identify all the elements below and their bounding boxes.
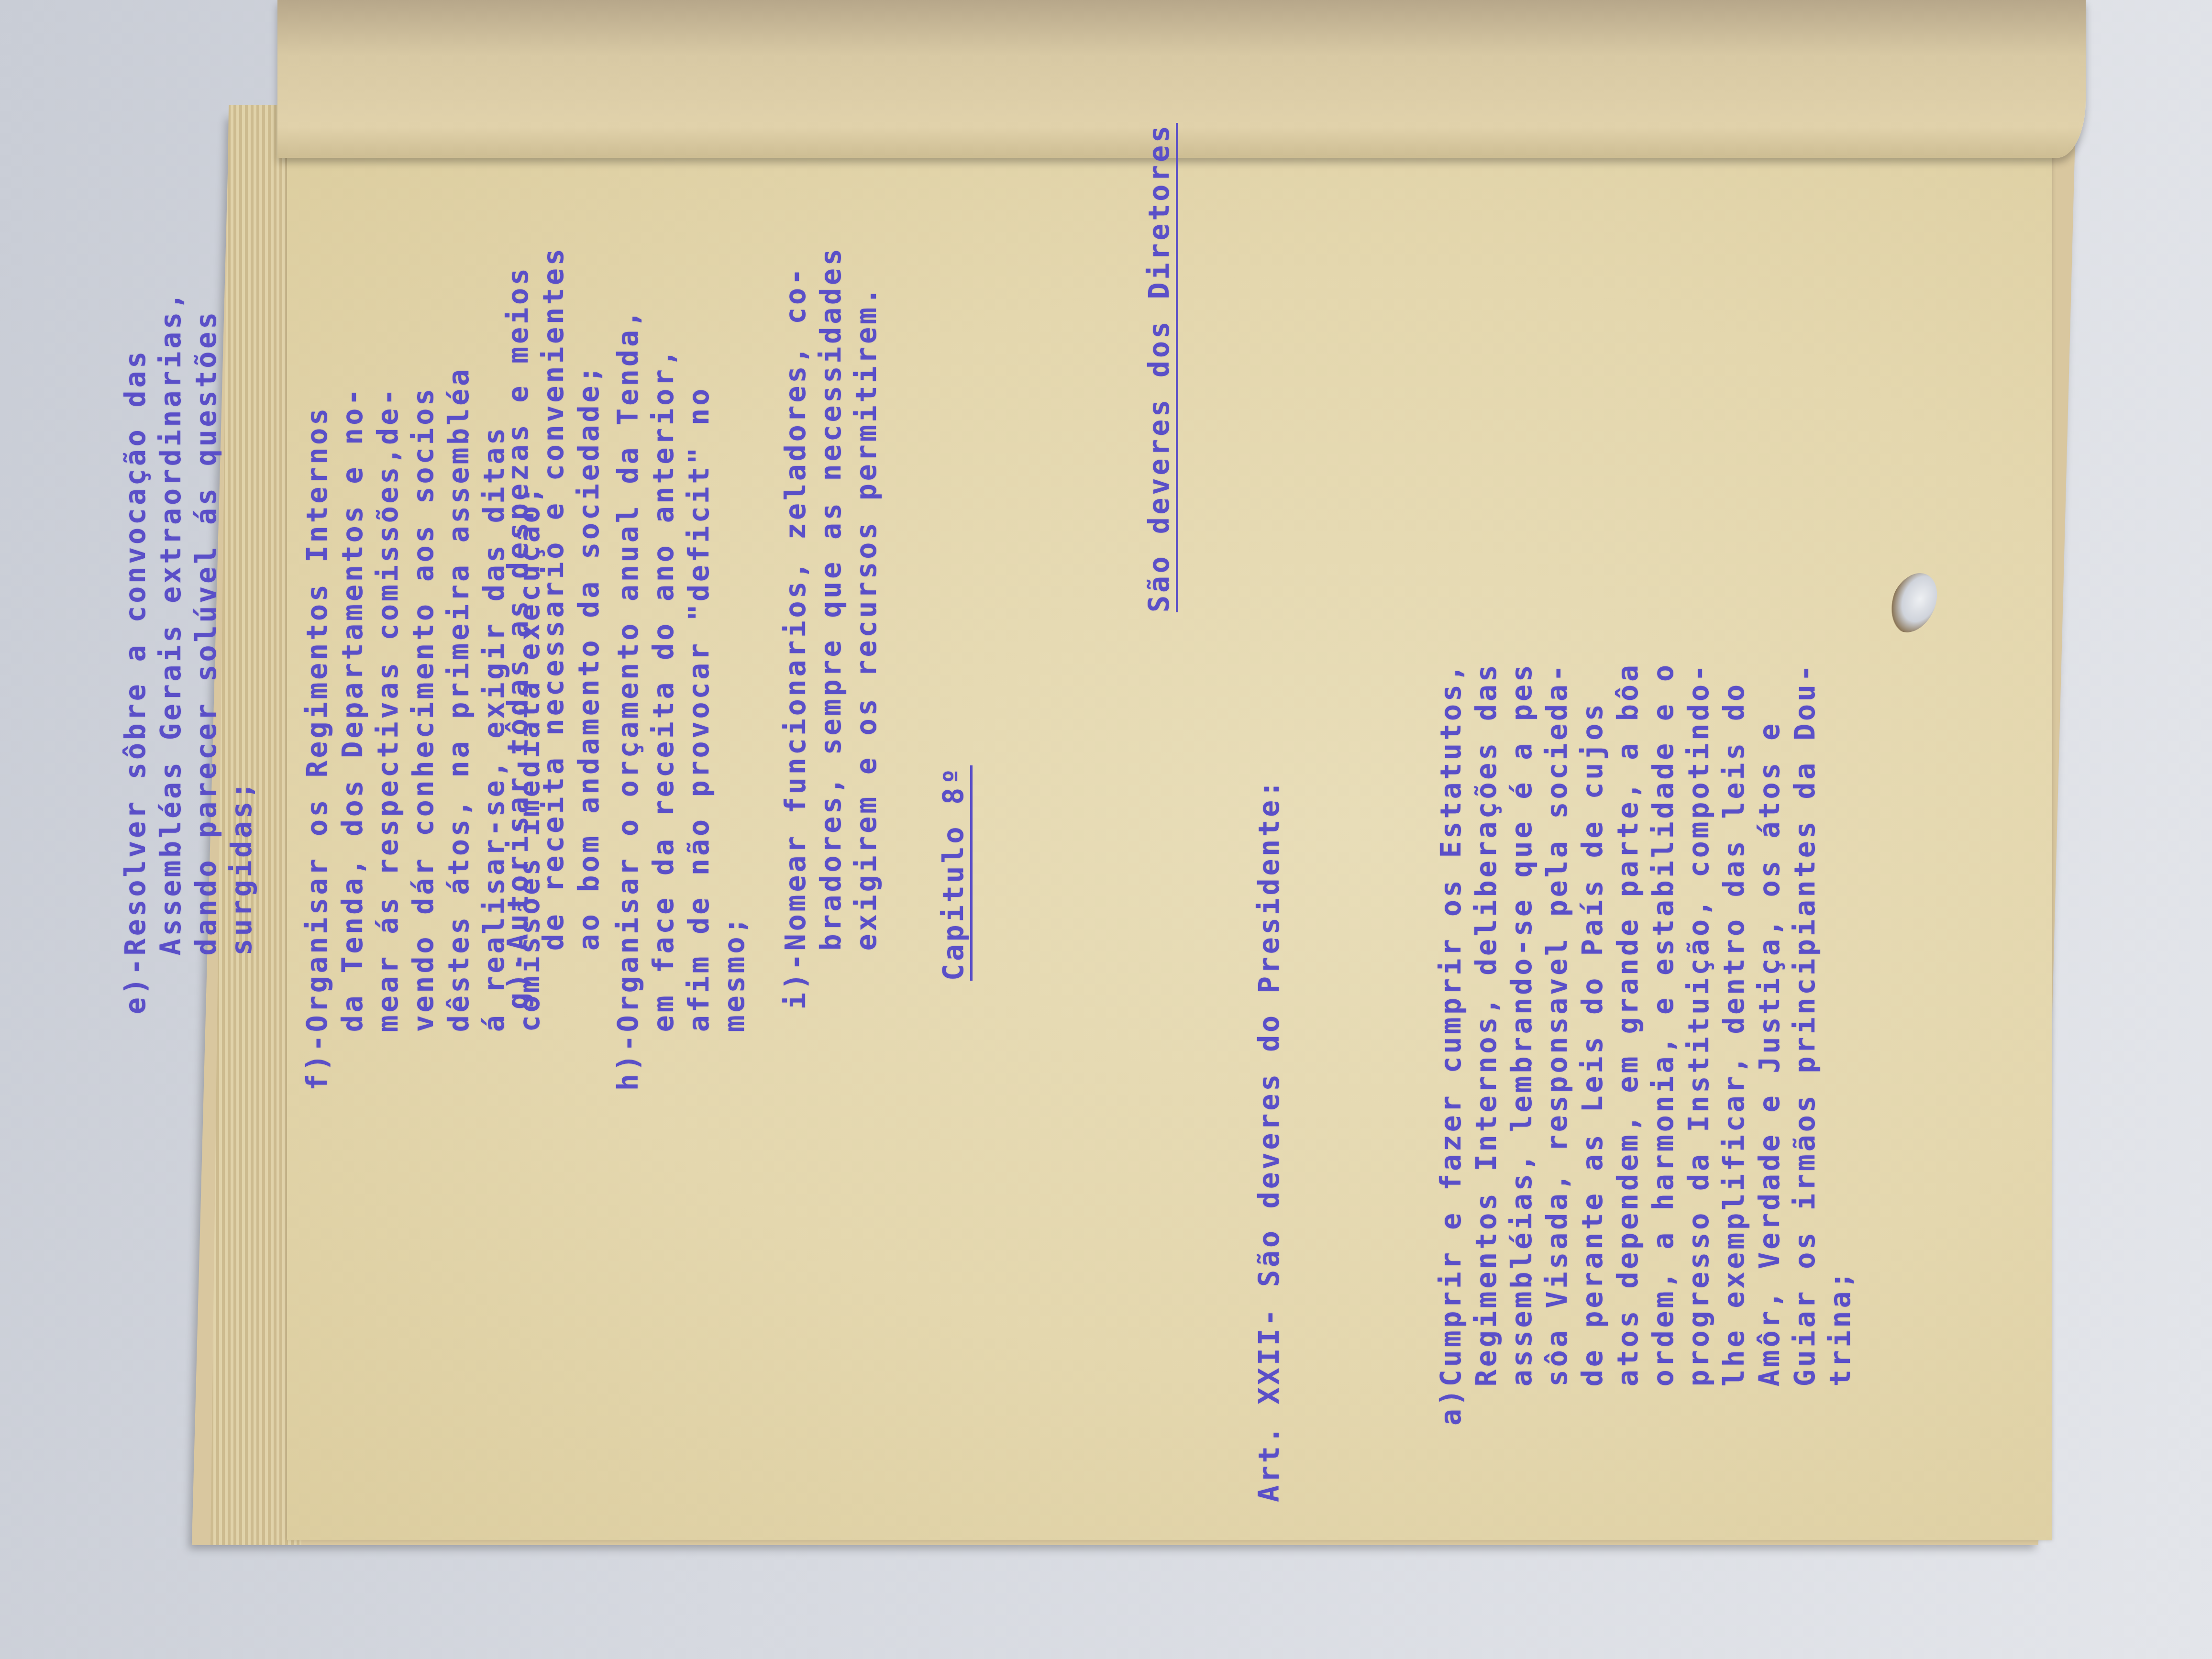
item-f-line: vendo dár conhecimento aos socios — [408, 386, 439, 1091]
item-a-line: atos dependem, em grande parte, a bôa — [1612, 662, 1644, 1426]
item-a-line: Regimentos Internos, deliberações das — [1471, 662, 1502, 1426]
item-a-line: de perante as Leis do País de cujos — [1577, 701, 1608, 1426]
curled-top-page — [277, 0, 2086, 158]
item-i-line: i)-Nomear funcionarios, zeladores, co- — [780, 265, 811, 1009]
item-a-line: a)Cumprir e fazer cumprir os Estatutos, — [1435, 662, 1467, 1426]
article-heading: Art. XXII- São deveres do Presidente: — [1253, 778, 1285, 1502]
item-e-line: e)-Resolver sôbre a convocação das — [120, 349, 151, 1014]
item-a-line: lhe exemplificar, dentro das leis do — [1718, 682, 1750, 1426]
item-f-line: f)-Organisar os Regimentos Internos — [301, 406, 333, 1091]
item-a-line: sôa Visada, responsavel pela socieda- — [1541, 662, 1573, 1426]
item-a-line: progresso da Instituição, compotindo- — [1683, 662, 1714, 1426]
item-h-line: h)-Organisar o orçamento anual da Tenda, — [612, 308, 644, 1091]
item-f-line: comissões imediata execução; — [514, 484, 545, 1091]
item-f-line: mear ás respectivas comissões,de- — [372, 386, 404, 1091]
item-a-line: trina; — [1825, 1269, 1856, 1426]
item-h-line: mesmo; — [719, 915, 750, 1091]
item-a-line: ordem, a harmonia, e estabilidade e o — [1648, 662, 1679, 1426]
item-h-line: afim de não provocar "deficit" no — [683, 386, 715, 1091]
item-e-line: Assembléas Gerais extraordinarias, — [155, 290, 187, 1014]
item-i-line: bradores, sempre que as necessidades — [815, 246, 847, 1009]
item-i-line: exigirem e os recursos permitirem. — [851, 285, 882, 1009]
item-h-line: em face da receita do ano anterior, — [648, 347, 679, 1091]
item-e-line: dando parecer solúvel ás questões — [190, 310, 222, 1014]
section-heading: São deveres dos Diretores — [1143, 123, 1178, 612]
typewritten-text: a)Cumprir e fazer cumprir os Estatutos, … — [301, 182, 1832, 1521]
item-g-line: ao bom andamento da sociedade; — [573, 364, 605, 1009]
item-f-line: dêstes átos, na primeira assembléa — [443, 366, 475, 1091]
item-f-line: á realisar-se, exigir das ditas — [478, 425, 510, 1091]
item-a-line: Amôr, Verdade e Justiça, os átos e — [1754, 721, 1785, 1426]
item-e-line: surgidas; — [226, 779, 257, 1014]
chapter-heading: Capitulo 8º — [938, 765, 973, 981]
item-a-line: Guiar os irmãos principiantes da Dou- — [1789, 662, 1821, 1426]
item-a-line: assembléias, lembrando-se que é a pes — [1506, 662, 1537, 1426]
item-f-line: da Tenda, dos Departamentos e no- — [337, 386, 368, 1091]
